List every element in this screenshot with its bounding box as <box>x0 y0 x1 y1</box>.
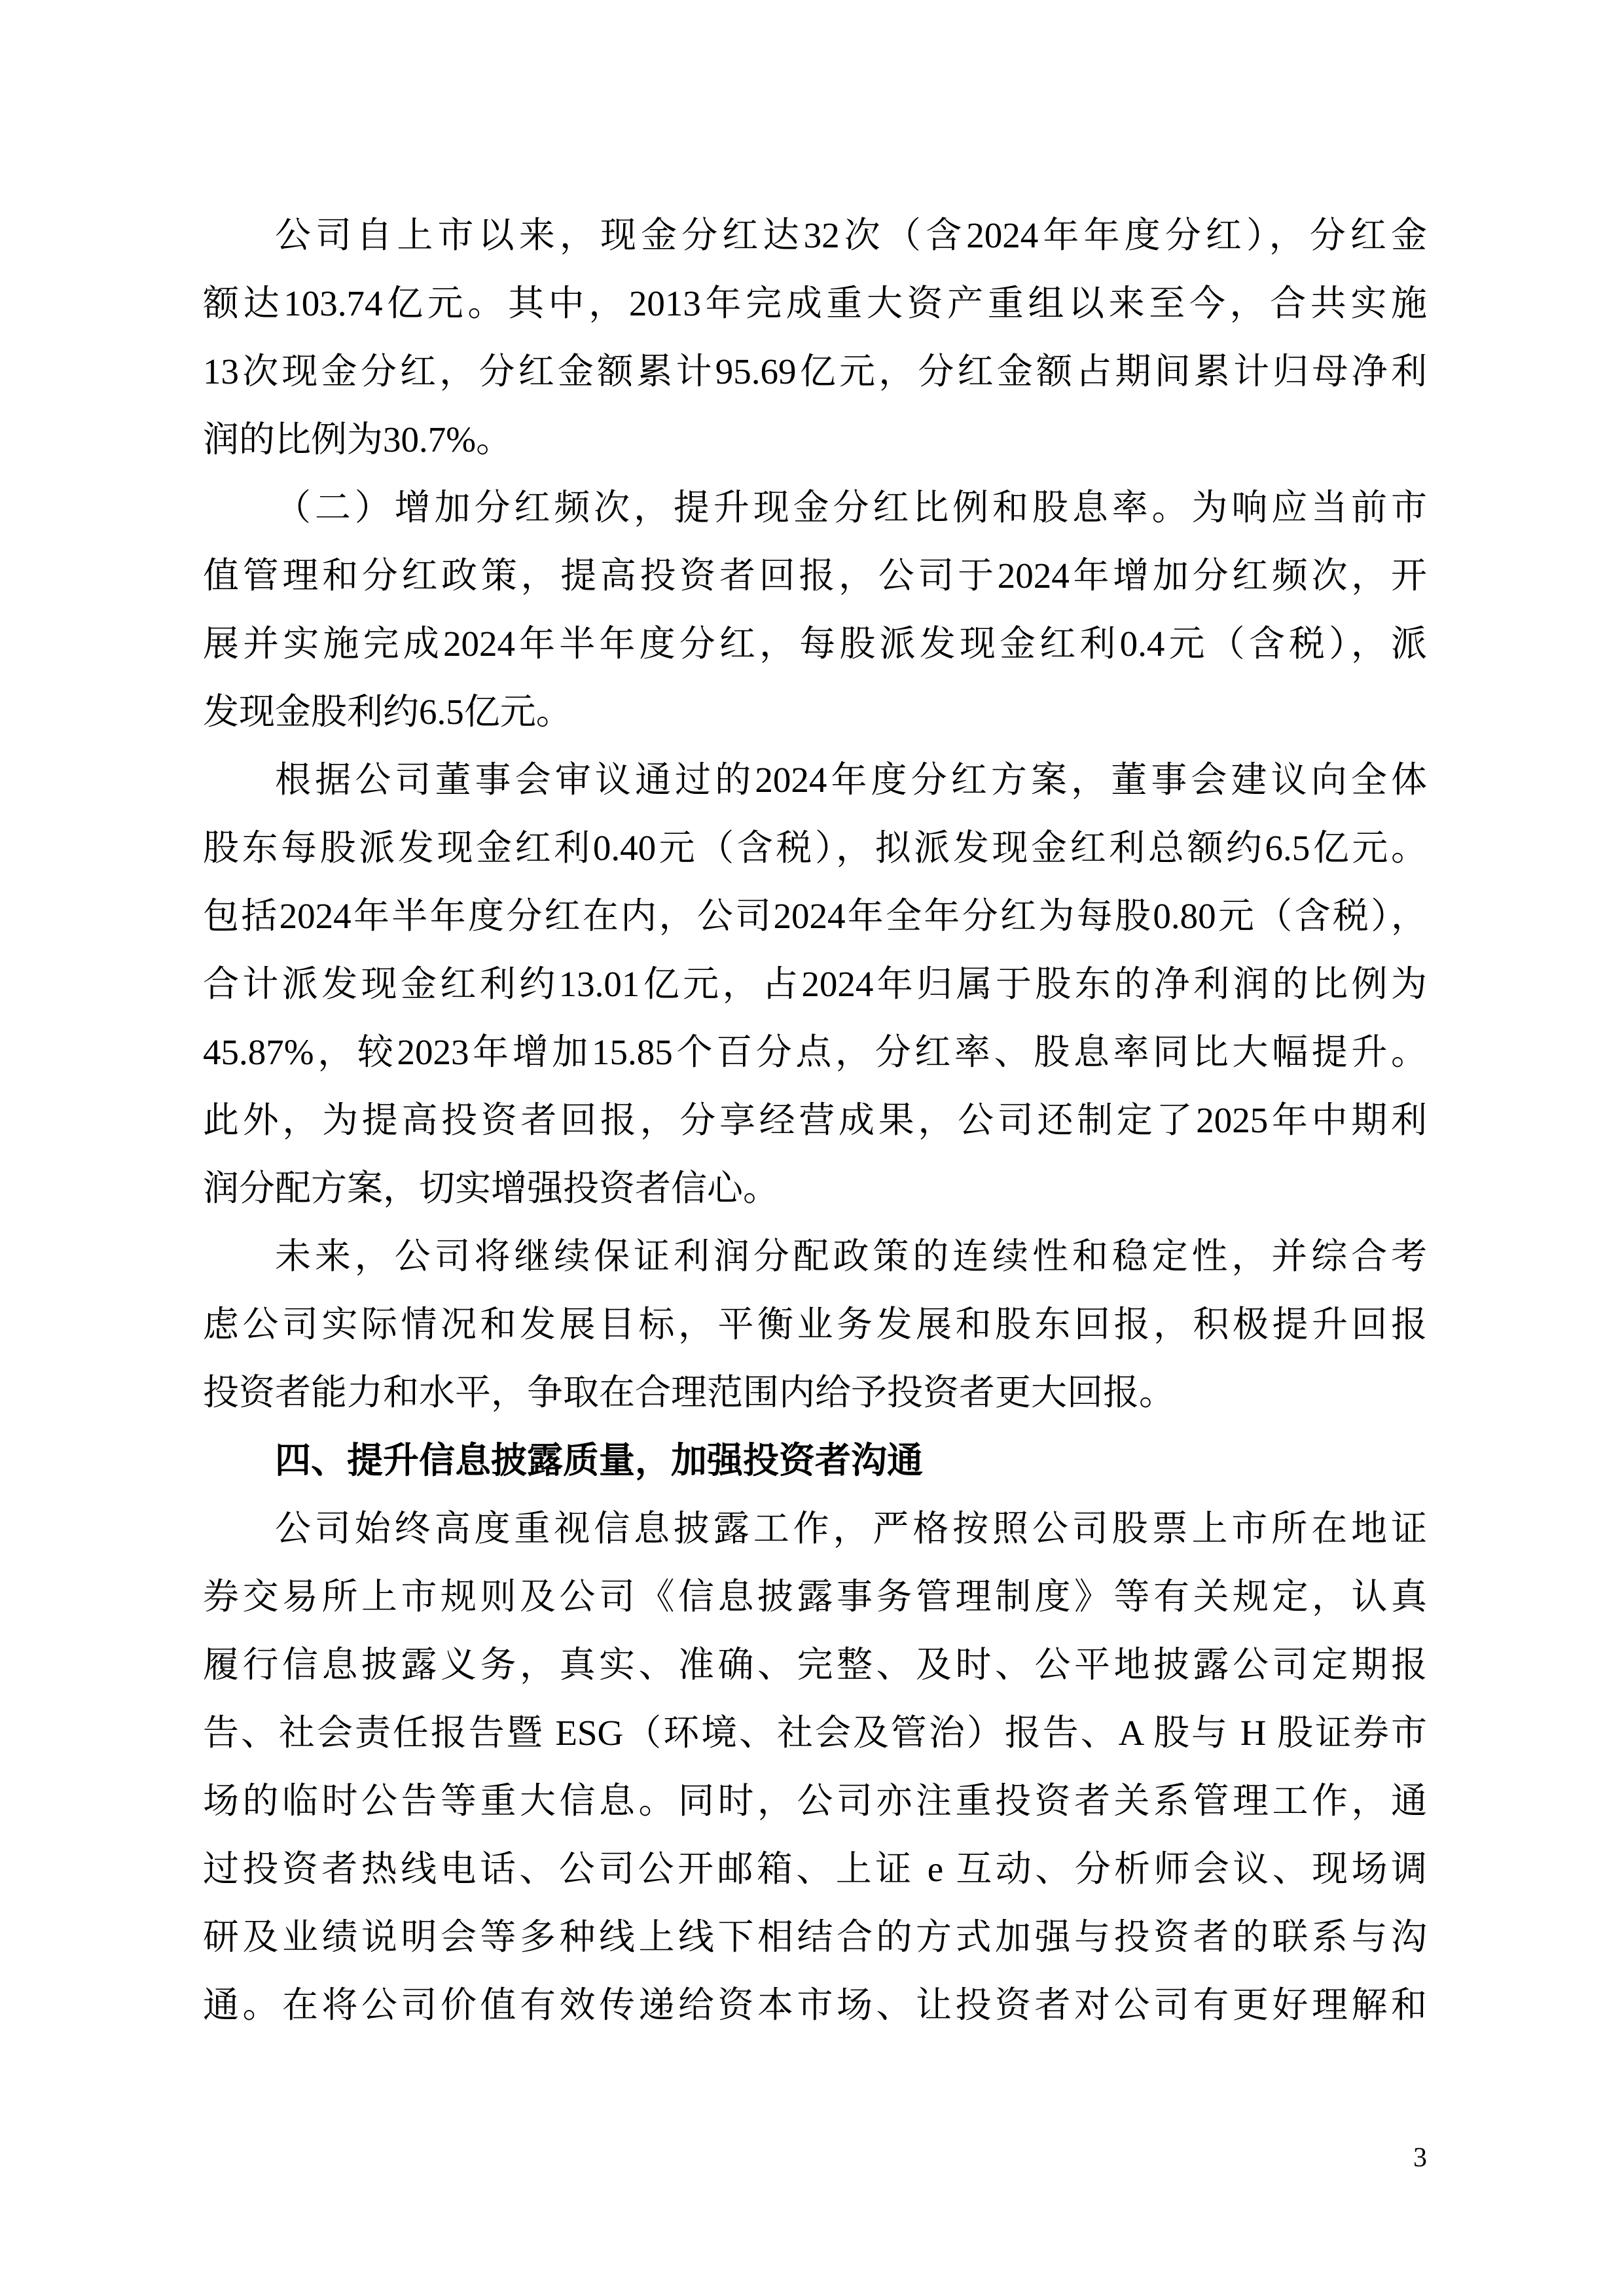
text-line: 额达103.74亿元。其中，2013年完成重大资产重组以来至今，合共实施 <box>203 270 1427 338</box>
text-line: 包括2024年半年度分红在内，公司2024年全年分红为每股0.80元（含税）， <box>203 882 1427 950</box>
page-number: 3 <box>1413 2143 1427 2173</box>
document-page: 公司自上市以来，现金分红达32次（含2024年年度分红），分红金额达103.74… <box>0 0 1624 2296</box>
text-line: 投资者能力和水平，争取在合理范围内给予投资者更大回报。 <box>203 1359 1427 1427</box>
text-line: 45.87%，较2023年增加15.85个百分点，分红率、股息率同比大幅提升。 <box>203 1018 1427 1086</box>
text-line: 13次现金分红，分红金额累计95.69亿元，分红金额占期间累计归母净利 <box>203 338 1427 406</box>
text-line: 告、社会责任报告暨 ESG（环境、社会及管治）报告、A 股与 H 股证券市 <box>203 1699 1427 1767</box>
text-line: 通。在将公司价值有效传递给资本市场、让投资者对公司有更好理解和 <box>203 1971 1427 2039</box>
page-footer: 3 <box>203 2142 1427 2174</box>
text-line: 公司自上市以来，现金分红达32次（含2024年年度分红），分红金 <box>203 202 1427 270</box>
text-line: 研及业绩说明会等多种线上线下相结合的方式加强与投资者的联系与沟 <box>203 1903 1427 1971</box>
paragraph: 未来，公司将继续保证利润分配政策的连续性和稳定性，并综合考虑公司实际情况和发展目… <box>203 1223 1427 1427</box>
section-heading: 四、提升信息披露质量，加强投资者沟通 <box>203 1427 1427 1495</box>
paragraph: （二）增加分红频次，提升现金分红比例和股息率。为响应当前市值管理和分红政策，提高… <box>203 474 1427 746</box>
text-line: 值管理和分红政策，提高投资者回报，公司于2024年增加分红频次，开 <box>203 542 1427 610</box>
text-line: 四、提升信息披露质量，加强投资者沟通 <box>203 1427 1427 1495</box>
text-line: 合计派发现金红利约13.01亿元，占2024年归属于股东的净利润的比例为 <box>203 950 1427 1018</box>
document-body: 公司自上市以来，现金分红达32次（含2024年年度分红），分红金额达103.74… <box>203 202 1427 2039</box>
text-line: 券交易所上市规则及公司《信息披露事务管理制度》等有关规定，认真 <box>203 1563 1427 1631</box>
text-line: 展并实施完成2024年半年度分红，每股派发现金红利0.4元（含税），派 <box>203 610 1427 678</box>
paragraph: 公司始终高度重视信息披露工作，严格按照公司股票上市所在地证券交易所上市规则及公司… <box>203 1495 1427 2039</box>
text-line: 未来，公司将继续保证利润分配政策的连续性和稳定性，并综合考 <box>203 1223 1427 1291</box>
text-line: 此外，为提高投资者回报，分享经营成果，公司还制定了2025年中期利 <box>203 1086 1427 1155</box>
text-line: 润的比例为30.7%。 <box>203 406 1427 474</box>
text-line: 过投资者热线电话、公司公开邮箱、上证 e 互动、分析师会议、现场调 <box>203 1835 1427 1903</box>
text-line: 根据公司董事会审议通过的2024年度分红方案，董事会建议向全体 <box>203 746 1427 814</box>
text-line: 履行信息披露义务，真实、准确、完整、及时、公平地披露公司定期报 <box>203 1631 1427 1699</box>
text-line: 润分配方案，切实增强投资者信心。 <box>203 1155 1427 1223</box>
paragraph: 公司自上市以来，现金分红达32次（含2024年年度分红），分红金额达103.74… <box>203 202 1427 474</box>
text-line: 公司始终高度重视信息披露工作，严格按照公司股票上市所在地证 <box>203 1495 1427 1563</box>
text-line: 发现金股利约6.5亿元。 <box>203 678 1427 746</box>
paragraph: 根据公司董事会审议通过的2024年度分红方案，董事会建议向全体股东每股派发现金红… <box>203 746 1427 1223</box>
text-line: （二）增加分红频次，提升现金分红比例和股息率。为响应当前市 <box>203 474 1427 542</box>
text-line: 场的临时公告等重大信息。同时，公司亦注重投资者关系管理工作，通 <box>203 1767 1427 1835</box>
text-line: 虑公司实际情况和发展目标，平衡业务发展和股东回报，积极提升回报 <box>203 1291 1427 1359</box>
text-line: 股东每股派发现金红利0.40元（含税），拟派发现金红利总额约6.5亿元。 <box>203 814 1427 882</box>
